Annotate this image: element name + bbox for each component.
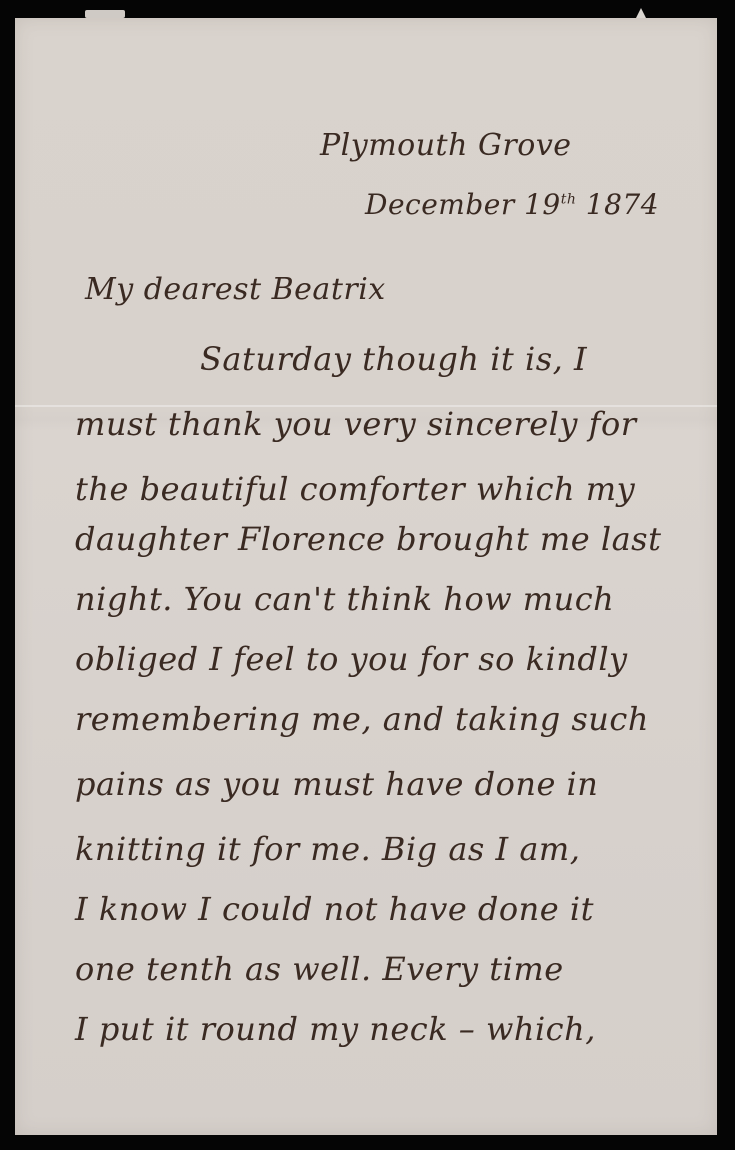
body-line: Saturday though it is, I [200, 340, 587, 378]
paper-corner-fragment [636, 8, 646, 18]
body-line: pains as you must have done in [75, 765, 598, 803]
date-month-day: December 19 [365, 188, 561, 221]
body-line: obliged I feel to you for so kindly [75, 640, 628, 678]
body-line: I put it round my neck – which, [75, 1010, 596, 1048]
body-line: night. You can't think how much [75, 580, 614, 618]
letter-address: Plymouth Grove [320, 128, 572, 163]
date-ordinal: th [561, 192, 577, 208]
body-line: the beautiful comforter which my [75, 470, 635, 508]
body-line: one tenth as well. Every time [75, 950, 564, 988]
body-line: I know I could not have done it [75, 890, 594, 928]
letter-salutation: My dearest Beatrix [85, 272, 386, 307]
body-line: remembering me, and taking such [75, 700, 649, 738]
body-line: daughter Florence brought me last [75, 520, 661, 558]
body-line: must thank you very sincerely for [75, 405, 637, 443]
date-year: 1874 [586, 188, 659, 221]
paper-tab-fragment [85, 10, 125, 18]
letter-date: December 19th 1874 [365, 188, 659, 221]
body-line: knitting it for me. Big as I am, [75, 830, 580, 868]
